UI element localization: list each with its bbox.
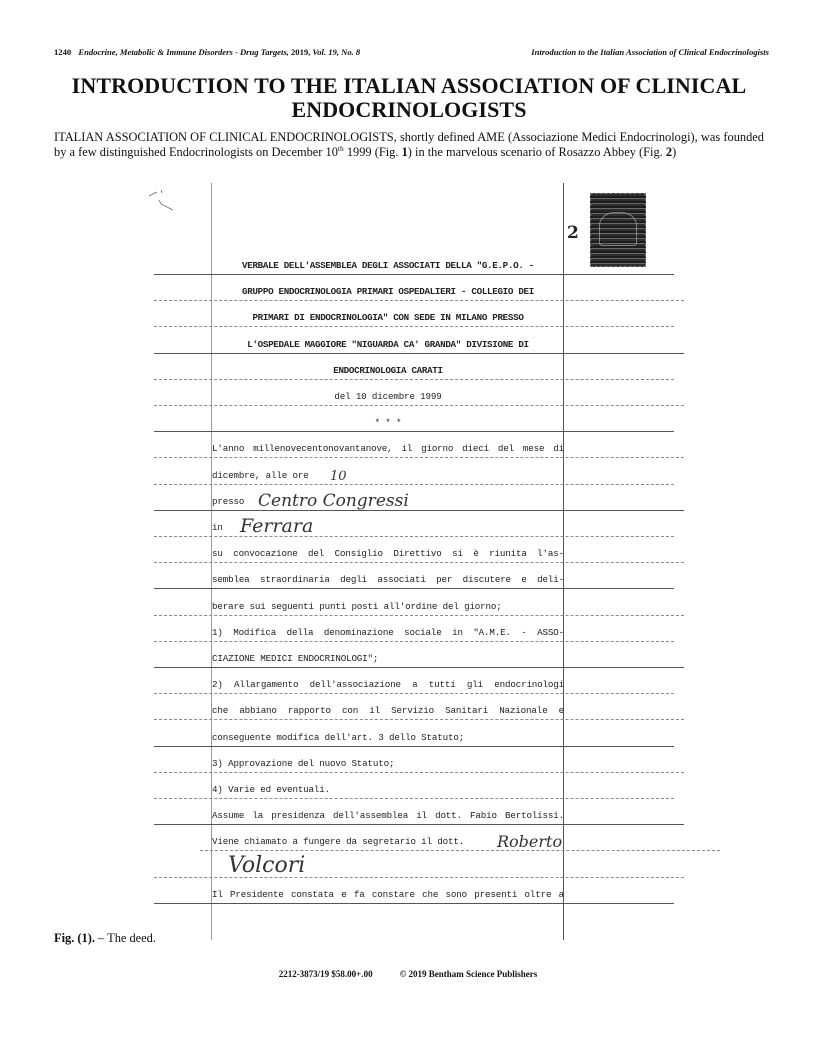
typed-line: * * * — [212, 417, 564, 428]
handwritten-place: Centro Congressi — [258, 491, 409, 511]
figure-caption: Fig. (1). – The deed. — [54, 931, 156, 946]
deed-figure: 2 VERBALE DELL'ASSEMBLEA DEGLI ASSOCIATI… — [140, 183, 692, 940]
revenue-stamp — [590, 193, 646, 267]
article-title: INTRODUCTION TO THE ITALIAN ASSOCIATION … — [54, 74, 764, 122]
typed-line: berare sui seguenti punti posti all'ordi… — [212, 601, 564, 612]
ruled-line — [154, 431, 674, 432]
running-title: Introduction to the Italian Association … — [531, 47, 769, 57]
intro-text: ) in the marvelous scenario of Rosazzo A… — [408, 145, 666, 159]
typed-line: 2) Allargamento dell'associazione a tutt… — [212, 679, 564, 690]
ruled-line — [154, 562, 684, 563]
typed-line: PRIMARI DI ENDOCRINOLOGIA" CON SEDE IN M… — [212, 312, 564, 323]
ruled-line — [154, 772, 684, 773]
caption-text: – The deed. — [95, 931, 156, 945]
typed-line: GRUPPO ENDOCRINOLOGIA PRIMARI OSPEDALIER… — [212, 286, 564, 297]
intro-text: ) — [672, 145, 676, 159]
caption-label: Fig. (1). — [54, 931, 95, 945]
typed-line: conseguente modifica dell'art. 3 dello S… — [212, 732, 564, 743]
handwritten-hour: 10 — [330, 469, 347, 484]
ruled-line — [154, 536, 674, 537]
ruled-line — [154, 274, 674, 275]
typed-line: semblea straordinaria degli associati pe… — [212, 574, 564, 585]
ruled-line — [154, 405, 684, 406]
typed-line: 1) Modifica della denominazione sociale … — [212, 627, 564, 638]
ruled-line — [154, 667, 684, 668]
ruled-line — [154, 510, 684, 511]
issn-price: 2212-3873/19 $58.00+.00 — [279, 969, 373, 979]
ruled-line — [154, 615, 684, 616]
ruled-line — [154, 693, 674, 694]
intro-text: 1999 (Fig. — [344, 145, 402, 159]
journal-year: 2019, — [289, 47, 313, 57]
handwritten-secretary-first-name: Roberto — [497, 832, 562, 851]
ruled-line — [154, 379, 674, 380]
ruled-line — [154, 353, 684, 354]
ruled-line — [154, 300, 684, 301]
typed-line: su convocazione del Consiglio Direttivo … — [212, 548, 564, 559]
copyright: © 2019 Bentham Science Publishers — [400, 969, 538, 979]
ruled-line — [154, 903, 674, 904]
typed-line: Il Presidente constata e fa constare che… — [212, 889, 564, 900]
stamp-number: 2 — [567, 223, 579, 243]
ruled-line — [200, 850, 720, 851]
ruled-line — [154, 746, 674, 747]
ruled-line — [154, 588, 674, 589]
ruled-line — [154, 824, 684, 825]
typed-line: che abbiano rapporto con il Servizio San… — [212, 705, 564, 716]
ruled-line — [154, 484, 674, 485]
typed-line: CIAZIONE MEDICI ENDOCRINOLOGI"; — [212, 653, 564, 664]
typed-line: dicembre, alle ore — [212, 470, 564, 481]
typed-line: VERBALE DELL'ASSEMBLEA DEGLI ASSOCIATI D… — [212, 260, 564, 271]
ruled-line — [154, 457, 684, 458]
page-footer: 2212-3873/19 $58.00+.00 © 2019 Bentham S… — [0, 969, 816, 979]
typed-line: L'OSPEDALE MAGGIORE "NIGUARDA CA' GRANDA… — [212, 339, 564, 350]
ruled-line — [154, 641, 674, 642]
journal-name: Endocrine, Metabolic & Immune Disorders … — [78, 47, 289, 57]
handwritten-secretary-surname: Volcori — [228, 853, 305, 878]
handwritten-city: Ferrara — [240, 515, 313, 537]
ruled-line — [154, 719, 684, 720]
typed-line: 4) Varie ed eventuali. — [212, 784, 564, 795]
journal-volume: Vol. 19, No. 8 — [312, 47, 360, 57]
typed-line: ENDOCRINOLOGIA CARATI — [212, 365, 564, 376]
ruled-line — [154, 326, 674, 327]
typed-line: 3) Approvazione del nuovo Statuto; — [212, 758, 564, 769]
typed-line: L'anno millenovecentonovantanove, il gio… — [212, 443, 564, 454]
pen-marks — [147, 188, 177, 218]
running-head: 1240 Endocrine, Metabolic & Immune Disor… — [54, 47, 769, 57]
typed-line: del 10 dicembre 1999 — [212, 391, 564, 402]
typed-line: Assume la presidenza dell'assemblea il d… — [212, 810, 564, 821]
ruled-line — [154, 798, 674, 799]
intro-paragraph: ITALIAN ASSOCIATION OF CLINICAL ENDOCRIN… — [54, 130, 764, 161]
page-number: 1240 — [54, 47, 71, 57]
